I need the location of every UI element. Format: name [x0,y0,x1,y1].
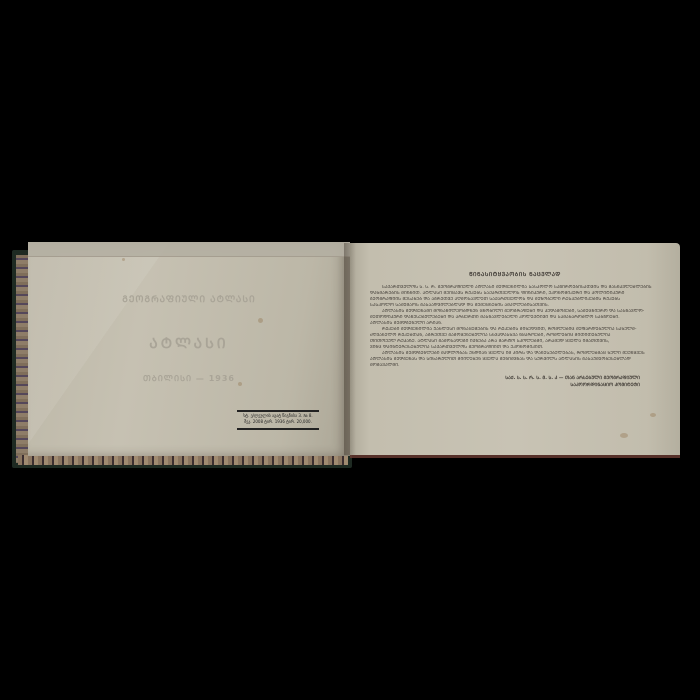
imprint-box: სტ. ე/ლეულის აგატ წიგნისა 3. № 8. შეკ. 2… [237,410,319,430]
imprint-line-2: შეკ. 2008 ტირ. 1936 ტირ. 20,000. [237,419,319,425]
book-gutter [344,243,356,455]
paragraph-2: ᲐᲢᲚᲐᲡᲘᲡ ᲨᲔᲓᲒᲔᲜᲐᲨᲘ ᲛᲝᲜᲐᲬᲘᲚᲔᲝᲑᲓᲜᲔᲜ ᲪᲜᲝᲑᲘᲚᲘ… [370,309,660,327]
show-through-title: ᲒᲔᲝᲒᲠᲐᲤᲘᲣᲚᲘ ᲐᲢᲚᲐᲡᲘ [28,292,350,305]
paragraph-4: ᲐᲢᲚᲐᲡᲘᲡ ᲨᲔᲛᲓᲒᲔᲜᲚᲔᲑᲘ ᲛᲐᲓᲚᲝᲑᲐᲡ ᲣᲮᲓᲘᲐᲜ ᲧᲕᲔᲚ… [370,351,660,369]
paper-stain [238,382,242,386]
paragraph-3: ᲠᲣᲙᲔᲑᲘ ᲨᲔᲓᲒᲔᲜᲘᲚᲘᲐ ᲣᲐᲮᲚᲔᲡᲘ ᲛᲝᲜᲐᲪᲔᲛᲔᲑᲘᲡ ᲓᲐ… [370,327,660,351]
paper-stain [258,318,263,323]
signature-line-1: ᲡᲐᲥ. Ს. Ს. Რ. Ს. Მ. Ს. Კ — ᲗᲐᲜ ᲐᲠᲡᲔᲑᲣᲚᲘ … [370,375,640,382]
page-top-strip [28,242,350,257]
page-edge [350,455,680,458]
paper-stain [620,433,628,438]
foreword-text: ᲬᲘᲜᲐᲡᲘᲢᲧᲕᲐᲝᲑᲘᲡ ᲜᲐᲪᲕᲚᲐᲓ ᲡᲐᲥᲐᲠᲗᲕᲔᲚᲝᲡ Ს. Ს.… [370,270,660,389]
paper-stain [650,413,656,417]
right-page: ᲬᲘᲜᲐᲡᲘᲢᲧᲕᲐᲝᲑᲘᲡ ᲜᲐᲪᲕᲚᲐᲓ ᲡᲐᲥᲐᲠᲗᲕᲔᲚᲝᲡ Ს. Ს.… [350,243,680,455]
text-line: ᲛᲝᲛᲐᲕᲐᲚᲨᲘ. [370,363,660,369]
marbled-endpaper-bottom [18,455,348,465]
signature-line-2: ᲡᲐᲙᲝᲝᲠᲓᲘᲜᲐᲪᲘᲝ ᲙᲝᲛᲘᲢᲔᲢᲘ [370,382,640,389]
left-page: ᲒᲔᲝᲒᲠᲐᲤᲘᲣᲚᲘ ᲐᲢᲚᲐᲡᲘ ᲐᲢᲚᲐᲡᲘ ᲗᲑᲘᲚᲘᲡᲘ — 1936… [28,242,350,456]
foreword-heading: ᲬᲘᲜᲐᲡᲘᲢᲧᲕᲐᲝᲑᲘᲡ ᲜᲐᲪᲕᲚᲐᲓ [370,270,660,278]
show-through-subtitle: ᲗᲑᲘᲚᲘᲡᲘ — 1936 [28,373,350,384]
text-line: ᲐᲢᲚᲐᲡᲘᲡ ᲨᲔᲓᲒᲔᲜᲐᲡ ᲓᲐ ᲡᲘᲮᲐᲠᲣᲚᲘᲗ ᲛᲘᲘᲦᲔᲑᲔᲜ Ყ… [370,357,660,363]
signature-block: ᲡᲐᲥ. Ს. Ს. Რ. Ს. Მ. Ს. Კ — ᲗᲐᲜ ᲐᲠᲡᲔᲑᲣᲚᲘ … [370,375,660,389]
paper-stain [122,258,125,261]
paragraph-1: ᲡᲐᲥᲐᲠᲗᲕᲔᲚᲝᲡ Ს. Ს. Რ. ᲒᲔᲝᲒᲠᲐᲤᲘᲣᲚᲘ ᲐᲢᲚᲐᲡᲘ … [370,285,660,309]
show-through-main-title: ᲐᲢᲚᲐᲡᲘ [28,334,350,353]
